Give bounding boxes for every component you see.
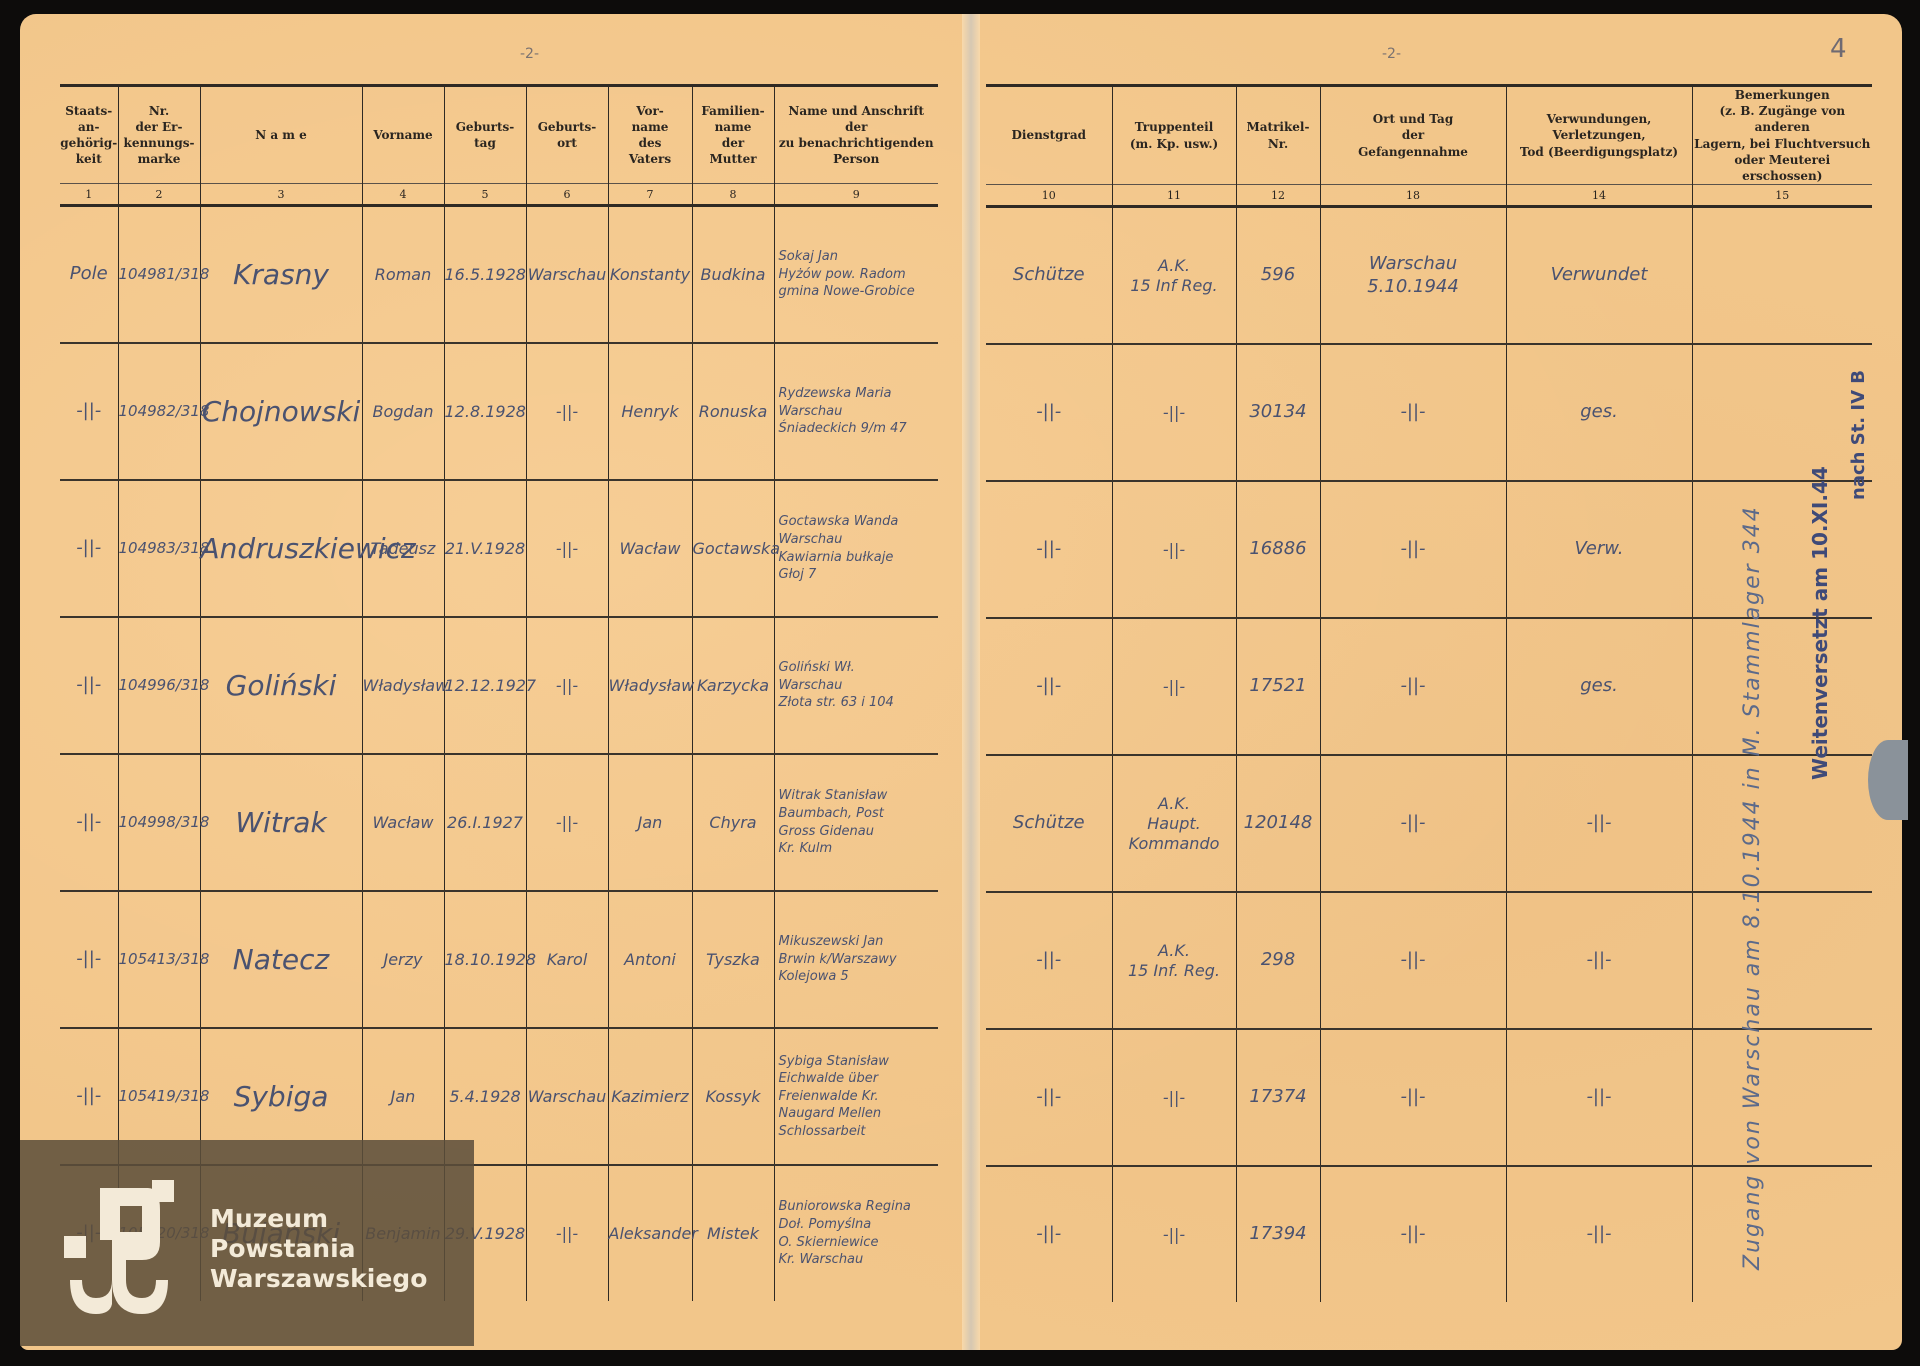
truppenteil-value: -||- [1163, 1088, 1185, 1107]
mutter-value: Kossyk [705, 1087, 760, 1106]
museum-watermark: Muzeum Powstania Warszawskiego [20, 1140, 474, 1346]
cell-kontakt: Mikuszewski Jan Brwin k/Warszawy Kolejow… [774, 891, 938, 1028]
column-header: Verwundungen, Verletzungen, Tod (Beerdig… [1506, 86, 1692, 185]
geburtsort-value: -||- [556, 676, 578, 695]
header-row: DienstgradTruppenteil (m. Kp. usw.)Matri… [986, 86, 1872, 185]
geburtsort-value: Warschau [528, 265, 607, 284]
column-number: 4 [362, 184, 444, 206]
cell-truppenteil: -||- [1112, 344, 1236, 481]
handwritten-remark: Zugang von Warschau am 8.10.1944 in M. S… [1740, 505, 1765, 1270]
column-header: Dienstgrad [986, 86, 1112, 185]
cell-gefangennahme: Warschau 5.10.1944 [1320, 207, 1506, 345]
geburtstag-value: 5.4.1928 [449, 1087, 520, 1106]
cell-truppenteil: A.K. 15 Inf. Reg. [1112, 892, 1236, 1029]
marke-value: 104982/318 [119, 402, 210, 422]
name-value: Goliński [226, 669, 337, 702]
table-row: -||-104982/318ChojnowskiBogdan12.8.1928-… [60, 343, 938, 480]
cell-mutter: Mistek [692, 1165, 774, 1301]
right-page-number: -2- [1382, 46, 1401, 62]
cell-verwundungen: -||- [1506, 1029, 1692, 1166]
cell-vater: Aleksander [608, 1165, 692, 1301]
marke-value: 105419/318 [119, 1087, 210, 1107]
column-number: 2 [118, 184, 200, 206]
verwundungen-value: -||- [1586, 812, 1611, 833]
kotwica-logo-icon [60, 1180, 190, 1320]
cell-marke: 104996/318 [118, 617, 200, 754]
museum-name-line3: Warszawskiego [210, 1264, 427, 1294]
geburtstag-value: 21.V.1928 [445, 539, 525, 558]
cell-verwundungen: Verw. [1506, 481, 1692, 618]
column-number: 9 [774, 184, 938, 206]
truppenteil-value: -||- [1163, 677, 1185, 696]
cell-geburtstag: 26.I.1927 [444, 754, 526, 891]
kontakt-value: Mikuszewski Jan Brwin k/Warszawy Kolejow… [775, 933, 939, 986]
cell-vorname: Władysław [362, 617, 444, 754]
truppenteil-value: -||- [1163, 1225, 1185, 1244]
staat-value: -||- [76, 948, 101, 969]
dienstgrad-value: Schütze [1013, 812, 1085, 833]
cell-vater: Kazimierz [608, 1028, 692, 1165]
cell-truppenteil: -||- [1112, 618, 1236, 755]
cell-geburtsort: -||- [526, 1165, 608, 1301]
kontakt-value: Sybiga Stanisław Eichwalde über Freienwa… [775, 1053, 939, 1141]
name-value: Natecz [233, 943, 329, 976]
cell-marke: 104981/318 [118, 206, 200, 344]
transfer-stamp: Weitenversetzt am 10.XI.44 [1808, 466, 1832, 780]
cell-geburtsort: -||- [526, 754, 608, 891]
vorname-value: Wacław [372, 813, 433, 832]
cell-vorname: Jerzy [362, 891, 444, 1028]
cell-vater: Konstanty [608, 206, 692, 344]
cell-marke: 104983/318 [118, 480, 200, 617]
cell-dienstgrad: Schütze [986, 207, 1112, 345]
vorname-value: Jerzy [383, 950, 422, 969]
column-number: 10 [986, 185, 1112, 207]
cell-staat: -||- [60, 754, 118, 891]
cell-geburtsort: Warschau [526, 1028, 608, 1165]
marke-value: 104981/318 [119, 265, 210, 285]
marke-value: 104998/318 [119, 813, 210, 833]
museum-name-line1: Muzeum [210, 1204, 427, 1234]
cell-dienstgrad: -||- [986, 1166, 1112, 1302]
gefangennahme-value: -||- [1400, 949, 1425, 970]
table-row: -||-104996/318GolińskiWładysław12.12.192… [60, 617, 938, 754]
cell-vater: Wacław [608, 480, 692, 617]
left-page-number: -2- [520, 46, 539, 62]
cell-mutter: Budkina [692, 206, 774, 344]
museum-name: Muzeum Powstania Warszawskiego [210, 1204, 427, 1294]
cell-gefangennahme: -||- [1320, 618, 1506, 755]
table-row: Pole104981/318KrasnyRoman16.5.1928Warsch… [60, 206, 938, 344]
left-register-table: Staats- an- gehörig- keitNr. der Er- ken… [60, 84, 938, 1301]
gefangennahme-value: -||- [1400, 1223, 1425, 1244]
cell-staat: Pole [60, 206, 118, 344]
cell-verwundungen: -||- [1506, 755, 1692, 892]
truppenteil-value: -||- [1163, 403, 1185, 422]
cell-matrikel: 298 [1236, 892, 1320, 1029]
truppenteil-value: A.K. 15 Inf. Reg. [1128, 941, 1220, 980]
column-header: Truppenteil (m. Kp. usw.) [1112, 86, 1236, 185]
cell-matrikel: 596 [1236, 207, 1320, 345]
vorname-value: Tadeusz [371, 539, 436, 558]
cell-gefangennahme: -||- [1320, 755, 1506, 892]
cell-truppenteil: -||- [1112, 1029, 1236, 1166]
name-value: Sybiga [234, 1080, 329, 1113]
transfer-destination-stamp: nach St. IV B [1848, 370, 1869, 500]
staat-value: -||- [76, 537, 101, 558]
matrikel-value: 17521 [1249, 675, 1306, 696]
cell-marke: 105413/318 [118, 891, 200, 1028]
column-number: 1 [60, 184, 118, 206]
matrikel-value: 120148 [1244, 812, 1313, 833]
cell-geburtsort: -||- [526, 480, 608, 617]
kontakt-value: Goliński Wł. Warschau Złota str. 63 i 10… [775, 659, 939, 712]
header-row: Staats- an- gehörig- keitNr. der Er- ken… [60, 86, 938, 184]
gefangennahme-value: -||- [1400, 1086, 1425, 1107]
column-header: Vor- name des Vaters [608, 86, 692, 184]
gefangennahme-value: Warschau 5.10.1944 [1367, 253, 1459, 297]
cell-kontakt: Goctawska Wanda Warschau Kawiarnia bułka… [774, 480, 938, 617]
cell-mutter: Chyra [692, 754, 774, 891]
column-number: 5 [444, 184, 526, 206]
vater-value: Aleksander [609, 1224, 698, 1243]
staat-value: -||- [76, 811, 101, 832]
geburtstag-value: 12.12.1927 [445, 676, 537, 695]
verwundungen-value: Verw. [1574, 538, 1623, 559]
cell-geburtsort: Karol [526, 891, 608, 1028]
dienstgrad-value: -||- [1036, 1223, 1061, 1244]
mutter-value: Karzycka [697, 676, 769, 695]
cell-dienstgrad: -||- [986, 618, 1112, 755]
cell-truppenteil: A.K. Haupt. Kommando [1112, 755, 1236, 892]
cell-mutter: Goctawska [692, 480, 774, 617]
cell-geburtsort: -||- [526, 617, 608, 754]
geburtstag-value: 16.5.1928 [445, 265, 526, 284]
kontakt-value: Rydzewska Maria Warschau Śniadeckich 9/m… [775, 385, 939, 438]
gefangennahme-value: -||- [1400, 675, 1425, 696]
matrikel-value: 17374 [1249, 1086, 1306, 1107]
dienstgrad-value: -||- [1036, 949, 1061, 970]
gefangennahme-value: -||- [1400, 812, 1425, 833]
gefangennahme-value: -||- [1400, 401, 1425, 422]
name-value: Krasny [233, 258, 329, 291]
vorname-value: Roman [375, 265, 431, 284]
cell-truppenteil: -||- [1112, 481, 1236, 618]
cell-staat: -||- [60, 480, 118, 617]
column-header: Geburts- ort [526, 86, 608, 184]
cell-kontakt: Sybiga Stanisław Eichwalde über Freienwa… [774, 1028, 938, 1165]
cell-dienstgrad: Schütze [986, 755, 1112, 892]
verwundungen-value: -||- [1586, 949, 1611, 970]
column-number-row: 101112181415 [986, 185, 1872, 207]
vorname-value: Jan [391, 1087, 416, 1106]
column-header: Matrikel- Nr. [1236, 86, 1320, 185]
cell-gefangennahme: -||- [1320, 481, 1506, 618]
kontakt-value: Witrak Stanisław Baumbach, Post Gross Gi… [775, 787, 939, 857]
cell-verwundungen: Verwundet [1506, 207, 1692, 345]
cell-verwundungen: ges. [1506, 344, 1692, 481]
column-number: 11 [1112, 185, 1236, 207]
cell-verwundungen: -||- [1506, 892, 1692, 1029]
cell-geburtstag: 16.5.1928 [444, 206, 526, 344]
cell-name: Witrak [200, 754, 362, 891]
staat-value: Pole [70, 263, 108, 284]
table-row: -||-104983/318AndruszkiewiczTadeusz21.V.… [60, 480, 938, 617]
cell-name: Goliński [200, 617, 362, 754]
cell-dienstgrad: -||- [986, 344, 1112, 481]
table-row: -||-104998/318WitrakWacław26.I.1927-||-J… [60, 754, 938, 891]
cell-geburtstag: 12.12.1927 [444, 617, 526, 754]
truppenteil-value: A.K. Haupt. Kommando [1129, 794, 1220, 853]
column-header: Name und Anschrift der zu benachrichtige… [774, 86, 938, 184]
truppenteil-value: -||- [1163, 540, 1185, 559]
column-header: Bemerkungen (z. B. Zugänge von anderen L… [1692, 86, 1872, 185]
cell-kontakt: Goliński Wł. Warschau Złota str. 63 i 10… [774, 617, 938, 754]
matrikel-value: 298 [1261, 949, 1295, 970]
marke-value: 105413/318 [119, 950, 210, 970]
cell-matrikel: 17394 [1236, 1166, 1320, 1302]
remarks-column-notes: Zugang von Warschau am 8.10.1944 in M. S… [1700, 340, 1880, 1260]
vater-value: Konstanty [610, 265, 690, 284]
name-value: Chojnowski [202, 395, 361, 428]
gefangennahme-value: -||- [1400, 538, 1425, 559]
vater-value: Władysław [609, 676, 695, 695]
dienstgrad-value: Schütze [1013, 264, 1085, 285]
cell-kontakt: Rydzewska Maria Warschau Śniadeckich 9/m… [774, 343, 938, 480]
geburtstag-value: 18.10.1928 [445, 950, 537, 969]
cell-mutter: Kossyk [692, 1028, 774, 1165]
cell-vater: Antoni [608, 891, 692, 1028]
dienstgrad-value: -||- [1036, 538, 1061, 559]
cell-vater: Henryk [608, 343, 692, 480]
verwundungen-value: Verwundet [1551, 264, 1648, 285]
cell-gefangennahme: -||- [1320, 1029, 1506, 1166]
dienstgrad-value: -||- [1036, 401, 1061, 422]
cell-kontakt: Buniorowska Regina Doł. Pomyślna O. Skie… [774, 1165, 938, 1301]
geburtsort-value: -||- [556, 813, 578, 832]
cell-geburtsort: Warschau [526, 206, 608, 344]
cell-vorname: Bogdan [362, 343, 444, 480]
cell-vorname: Tadeusz [362, 480, 444, 617]
geburtsort-value: -||- [556, 1224, 578, 1243]
dienstgrad-value: -||- [1036, 1086, 1061, 1107]
table-row: SchützeA.K. 15 Inf Reg.596Warschau 5.10.… [986, 207, 1872, 345]
kontakt-value: Goctawska Wanda Warschau Kawiarnia bułka… [775, 513, 939, 583]
geburtstag-value: 12.8.1928 [445, 402, 526, 421]
mutter-value: Ronuska [699, 402, 768, 421]
cell-vater: Jan [608, 754, 692, 891]
cell-dienstgrad: -||- [986, 1029, 1112, 1166]
cell-geburtsort: -||- [526, 343, 608, 480]
cell-verwundungen: ges. [1506, 618, 1692, 755]
vater-value: Antoni [624, 950, 676, 969]
cell-name: Natecz [200, 891, 362, 1028]
page-fold [962, 14, 980, 1350]
cell-geburtstag: 21.V.1928 [444, 480, 526, 617]
dienstgrad-value: -||- [1036, 675, 1061, 696]
column-number: 6 [526, 184, 608, 206]
cell-matrikel: 17521 [1236, 618, 1320, 755]
mutter-value: Budkina [701, 265, 766, 284]
vater-value: Kazimierz [611, 1087, 688, 1106]
cell-dienstgrad: -||- [986, 481, 1112, 618]
vater-value: Henryk [621, 402, 678, 421]
cell-mutter: Tyszka [692, 891, 774, 1028]
column-number: 15 [1692, 185, 1872, 207]
cell-gefangennahme: -||- [1320, 344, 1506, 481]
column-number-row: 123456789 [60, 184, 938, 206]
kontakt-value: Buniorowska Regina Doł. Pomyślna O. Skie… [775, 1198, 939, 1268]
column-header: Geburts- tag [444, 86, 526, 184]
column-number: 8 [692, 184, 774, 206]
cell-marke: 104998/318 [118, 754, 200, 891]
cell-staat: -||- [60, 343, 118, 480]
column-number: 14 [1506, 185, 1692, 207]
cell-staat: -||- [60, 617, 118, 754]
geburtsort-value: -||- [556, 402, 578, 421]
cell-vorname: Roman [362, 206, 444, 344]
cell-kontakt: Sokaj Jan Hyżów pow. Radom gmina Nowe-Gr… [774, 206, 938, 344]
cell-name: Krasny [200, 206, 362, 344]
cell-staat: -||- [60, 891, 118, 1028]
mutter-value: Tyszka [706, 950, 760, 969]
cell-gefangennahme: -||- [1320, 1166, 1506, 1302]
museum-name-line2: Powstania [210, 1234, 427, 1264]
cell-name: Chojnowski [200, 343, 362, 480]
staat-value: -||- [76, 674, 101, 695]
matrikel-value: 30134 [1249, 401, 1306, 422]
mutter-value: Goctawska [693, 539, 781, 558]
cell-bemerkungen [1692, 207, 1872, 345]
table-row: -||-105413/318NateczJerzy18.10.1928Karol… [60, 891, 938, 1028]
column-number: 12 [1236, 185, 1320, 207]
cell-matrikel: 30134 [1236, 344, 1320, 481]
cell-marke: 104982/318 [118, 343, 200, 480]
mutter-value: Chyra [709, 813, 756, 832]
cell-matrikel: 16886 [1236, 481, 1320, 618]
cell-truppenteil: A.K. 15 Inf Reg. [1112, 207, 1236, 345]
name-value: Witrak [235, 806, 326, 839]
cell-mutter: Ronuska [692, 343, 774, 480]
column-number: 3 [200, 184, 362, 206]
truppenteil-value: A.K. 15 Inf Reg. [1130, 256, 1217, 295]
mutter-value: Mistek [707, 1224, 759, 1243]
verwundungen-value: ges. [1580, 401, 1618, 422]
staat-value: -||- [76, 1085, 101, 1106]
verwundungen-value: -||- [1586, 1223, 1611, 1244]
vorname-value: Bogdan [372, 402, 433, 421]
matrikel-value: 596 [1261, 264, 1295, 285]
column-header: Ort und Tag der Gefangennahme [1320, 86, 1506, 185]
column-header: Staats- an- gehörig- keit [60, 86, 118, 184]
column-header: Familien- name der Mutter [692, 86, 774, 184]
matrikel-value: 16886 [1249, 538, 1306, 559]
vorname-value: Władysław [363, 676, 449, 695]
verwundungen-value: -||- [1586, 1086, 1611, 1107]
column-number: 18 [1320, 185, 1506, 207]
cell-verwundungen: -||- [1506, 1166, 1692, 1302]
staat-value: -||- [76, 400, 101, 421]
cell-vorname: Wacław [362, 754, 444, 891]
geburtsort-value: Warschau [528, 1087, 607, 1106]
vater-value: Jan [638, 813, 663, 832]
marke-value: 104996/318 [119, 676, 210, 696]
cell-geburtstag: 12.8.1928 [444, 343, 526, 480]
cell-matrikel: 17374 [1236, 1029, 1320, 1166]
matrikel-value: 17394 [1249, 1223, 1306, 1244]
cell-kontakt: Witrak Stanisław Baumbach, Post Gross Gi… [774, 754, 938, 891]
column-header: N a m e [200, 86, 362, 184]
cell-gefangennahme: -||- [1320, 892, 1506, 1029]
cell-matrikel: 120148 [1236, 755, 1320, 892]
vater-value: Wacław [619, 539, 680, 558]
cell-mutter: Karzycka [692, 617, 774, 754]
cell-geburtstag: 18.10.1928 [444, 891, 526, 1028]
geburtstag-value: 26.I.1927 [447, 813, 523, 832]
cell-vater: Władysław [608, 617, 692, 754]
cell-name: Andruszkiewicz [200, 480, 362, 617]
geburtsort-value: Karol [547, 950, 588, 969]
cell-dienstgrad: -||- [986, 892, 1112, 1029]
geburtsort-value: -||- [556, 539, 578, 558]
corner-number: 4 [1830, 34, 1847, 64]
kontakt-value: Sokaj Jan Hyżów pow. Radom gmina Nowe-Gr… [775, 248, 939, 301]
column-header: Vorname [362, 86, 444, 184]
marke-value: 104983/318 [119, 539, 210, 559]
verwundungen-value: ges. [1580, 675, 1618, 696]
cell-truppenteil: -||- [1112, 1166, 1236, 1302]
column-number: 7 [608, 184, 692, 206]
column-header: Nr. der Er- kennungs- marke [118, 86, 200, 184]
